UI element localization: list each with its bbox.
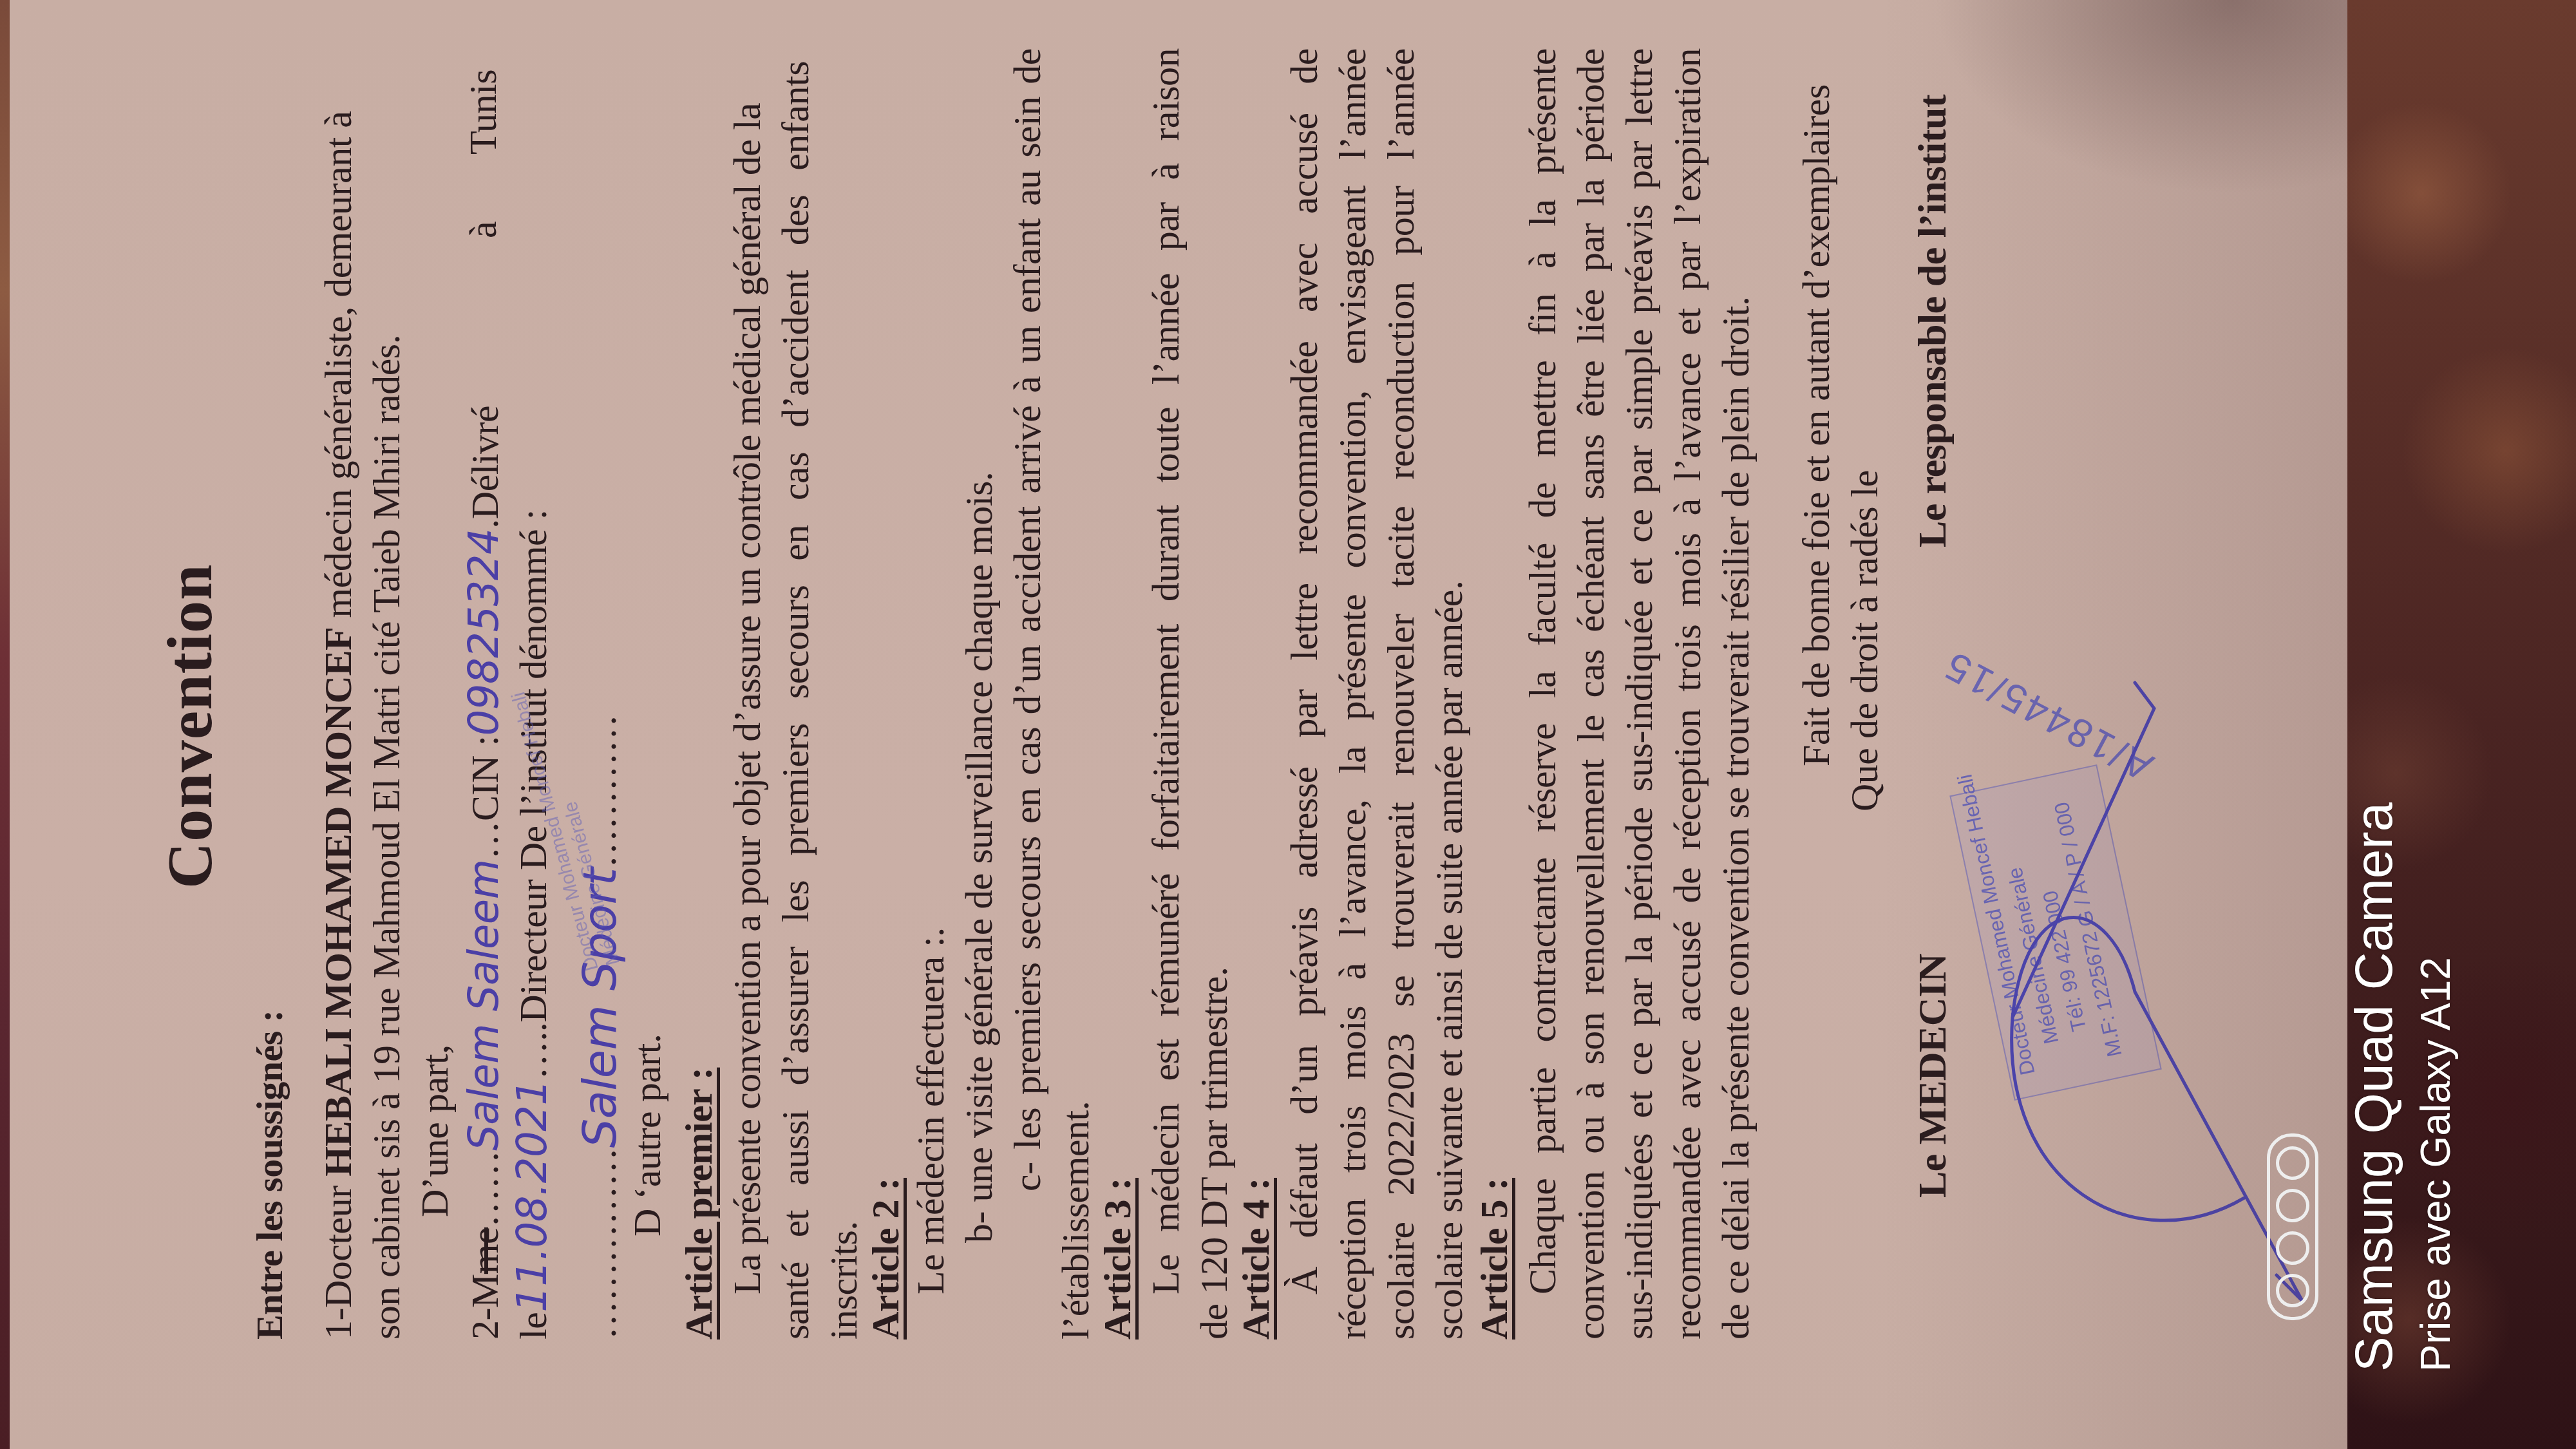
closing-line1: Fait de bonne foie et en autant d’exempl… [1797, 84, 1835, 766]
article-5-heading: Article 5 : [1475, 1178, 1513, 1340]
closing-line2: Que de droit à radés le [1845, 470, 1884, 811]
article-5-line: recommandée avec accusé de réception tro… [1668, 48, 1707, 1340]
article-2-line: b- une visite générale de surveillance c… [960, 472, 998, 1243]
article-1-line: La présente convention a pour objet d’as… [728, 103, 766, 1294]
article-1-heading: Article premier : [679, 1068, 718, 1340]
intro-heading: Entre les soussignés : [251, 1010, 289, 1340]
doctor-name: HEBALI MOHAMED MONCEF [317, 627, 359, 1177]
camera-watermark-subtitle: Prise avec Galaxy A12 [2412, 957, 2459, 1372]
signature-label-institute: Le responsable de l’institut [1913, 95, 1953, 547]
party1-closing: D’une part, [415, 1045, 454, 1217]
party1-line1: 1-Docteur HEBALI MOHAMED MONCEF médecin … [319, 111, 357, 1340]
article-4-line: scolaire suivante et ainsi de suite anné… [1430, 581, 1468, 1340]
article-3-line: de 120 DT par trimestre. [1195, 967, 1233, 1340]
handwritten-name: Salem Saleem [460, 859, 508, 1150]
article-2-heading: Article 2 : [866, 1178, 905, 1340]
party2-a: à [464, 222, 502, 238]
party2-line2: le11.08.2021…..Directeur De l’institut d… [512, 509, 553, 1340]
quad-camera-icon [2267, 1133, 2318, 1320]
article-4-line: réception trois mois à l’avance, la prés… [1333, 48, 1372, 1340]
document-page: Convention Entre les soussignés : 1-Doct… [10, 0, 2347, 1449]
article-5-line: Chaque partie contractante réserve la fa… [1523, 48, 1562, 1294]
article-4-line: scolaire 2022/2023 se trouverait renouve… [1381, 48, 1420, 1340]
party1-line2: son cabinet sis à 19 rue Mahmoud El Matr… [367, 335, 406, 1340]
camera-watermark-title: Samsung Quad Camera [2344, 802, 2405, 1372]
page-title: Convention [158, 563, 222, 889]
handwritten-cin: 09825324 [460, 529, 508, 736]
party2-closing: D ‘autre part. [628, 1034, 667, 1236]
article-1-line: santé et aussi d’assurer les premiers se… [776, 61, 815, 1340]
article-4-heading: Article 4 : [1236, 1178, 1275, 1340]
article-4-line: À défaut d’un préavis adressé par lettre… [1285, 48, 1323, 1294]
article-5-line: convention ou à son renouvellement le ca… [1571, 48, 1610, 1340]
article-3-heading: Article 3 : [1098, 1178, 1137, 1340]
article-2-line: l’établissement. [1056, 1101, 1095, 1340]
article-1-line: inscrits. [824, 1221, 863, 1340]
party2-line1: 2-Mme……Salem Saleem…CIN :09825324.Délivr… [464, 406, 505, 1340]
article-2-line: c- les premiers secours en cas d’un acci… [1008, 48, 1046, 1191]
handwritten-date: 11.08.2021 [509, 1079, 556, 1312]
article-3-line: Le médecin est rémunéré forfaitairement … [1146, 48, 1185, 1294]
article-5-line: sus-indiquées et ce par la période sus-i… [1620, 48, 1658, 1340]
party2-place: Tunis [464, 70, 502, 155]
article-5-line: de ce délai la présente convention se tr… [1716, 296, 1755, 1340]
article-2-line: Le médecin effectuera :. [911, 927, 950, 1294]
